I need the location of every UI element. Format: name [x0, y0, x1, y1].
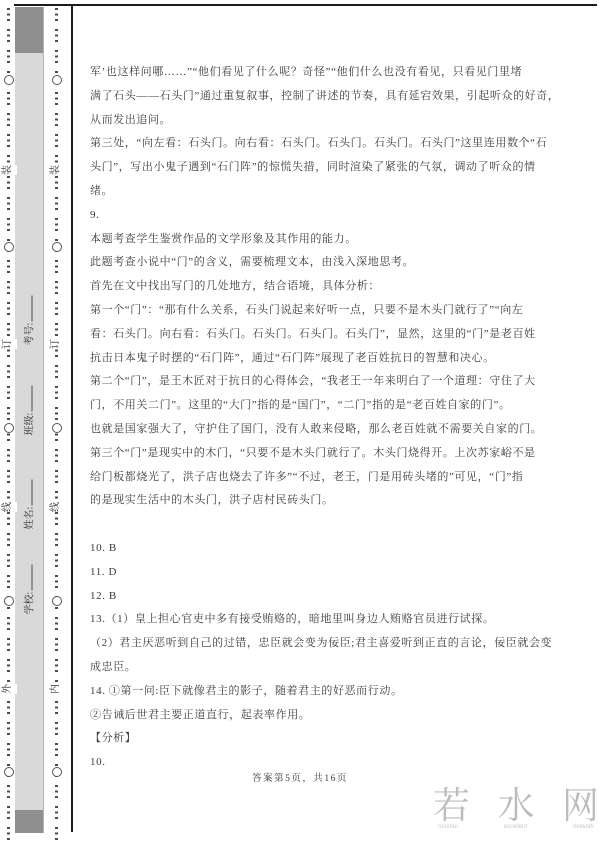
text-line: 满了石头——石头门”通过重复叙事，控制了讲述的节奏，具有延宕效果，引起听众的好奇…: [90, 85, 585, 109]
binding-circle: [4, 75, 14, 85]
watermark-text: 若水网: [433, 787, 599, 825]
text-line: （2）君主厌恶听到自己的过错，忠臣就会变为佞臣;君主喜爱听到正直的言论，佞臣就会…: [90, 632, 585, 656]
field-blank-underline: [23, 565, 33, 591]
binding-line-char-right: 线: [47, 502, 65, 512]
text-line: 抗击日本鬼子时摆的“石门阵”，通过“石门阵”展现了老百姓抗日的智慧和决心。: [90, 347, 585, 371]
binding-strip-bottom-block: [15, 810, 43, 833]
text-line: 10. B: [90, 537, 585, 561]
text-line: 门，不用关二门”。这里的“大门”指的是“国门”，“二门”指的是“老百姓自家的门”…: [90, 394, 585, 418]
text-line: 第三个“门”是现实中的木门，“只要不是木头门就行了。木头门烧得开。上次苏家峪不是: [90, 442, 585, 466]
text-line: 13.（1）皇上担心官吏中多有接受贿赂的，暗地里叫身边人贿赂官员进行试探。: [90, 608, 585, 632]
field-label: 考号:: [25, 323, 36, 346]
student-info-field: 姓名:: [23, 468, 36, 530]
student-info-field: 学校:: [23, 553, 36, 615]
binding-line-char-left: 装: [0, 165, 17, 175]
binding-line-char-left: 外: [0, 684, 17, 694]
page-indicator: 答案第5页，共16页: [0, 770, 600, 784]
field-label: 学校:: [25, 592, 36, 615]
page-left-border: [71, 4, 73, 832]
binding-circle: [4, 423, 14, 433]
text-line: 的是现实生活中的木头门，洪子店村民砖头门。: [90, 489, 585, 513]
binding-line-char-right: 装: [47, 165, 65, 175]
watermark-char: 若: [433, 787, 470, 825]
binding-line-char-left: 线: [0, 502, 17, 512]
text-line: 本题考查学生鉴赏作品的文学形象及其作用的能力。: [90, 228, 585, 252]
field-label: 姓名:: [25, 507, 36, 530]
binding-circle: [52, 596, 62, 606]
field-label: 班级:: [25, 413, 36, 436]
field-blank-underline: [23, 386, 33, 412]
text-line: 12. B: [90, 585, 585, 609]
text-line: 头门”，写出小鬼子遇到“石门阵”的惊慌失措，同时渲染了紧张的气氛，调动了听众的情: [90, 156, 585, 180]
watermark: 若水网 ruoshuiexcellentnetwork: [433, 787, 599, 831]
text-line: [90, 513, 585, 537]
binding-circle: [52, 75, 62, 85]
text-line: 绪。: [90, 180, 585, 204]
text-line: 看：石头门。向右看：石头门。石头门。石头门。石头门”，显然，这里的“门”是老百姓: [90, 323, 585, 347]
binding-circle: [52, 423, 62, 433]
text-line: 成忠臣。: [90, 656, 585, 680]
binding-line-char-right: 内: [47, 684, 65, 694]
text-line: 14. ①第一问:臣下就像君主的影子，随着君主的好恶而行动。: [90, 680, 585, 704]
scanned-answer-sheet-page: { "binding": { "left_line_chars": ["装", …: [0, 0, 600, 843]
text-line: 也就是国家强大了，守护住了国门，没有人敢来侵略，那么老百姓就不需要关自家的门。: [90, 418, 585, 442]
watermark-subtext-word: excellent: [503, 824, 527, 831]
text-line: 此题考查小说中“门”的含义，需要梳理文本，由浅入深地思考。: [90, 251, 585, 275]
text-line: 第二个“门”，是王木匠对于抗日的心得体会，“我老王一年来明白了一个道理：守住了大: [90, 370, 585, 394]
watermark-subtext-word: ruoshui: [438, 824, 458, 831]
watermark-char: 水: [498, 787, 535, 825]
text-line: 从而发出追问。: [90, 109, 585, 133]
text-line: 【分析】: [90, 727, 585, 751]
text-line: 给门板都烧光了，洪子店也烧去了许多”“不过，老王，门是用砖头堵的”可见，“门”指: [90, 466, 585, 490]
binding-line-char-right: 订: [47, 339, 65, 349]
field-blank-underline: [23, 480, 33, 506]
answer-text: 军’也这样问哪……”“他们看见了什么呢？奇怪”“他们什么也没有看见，只看见门里堵…: [90, 61, 585, 775]
binding-line-char-left: 订: [0, 339, 17, 349]
text-line: 首先在文中找出写门的几处地方，结合语境，具体分析：: [90, 275, 585, 299]
student-info-field: 班级:: [23, 374, 36, 436]
binding-circle: [4, 242, 14, 252]
binding-strip-top-block: [15, 7, 43, 53]
watermark-char: 网: [562, 787, 599, 825]
text-line: 第一个“门”：“那有什么关系，石头门说起来好听一点，只要不是木头门就行了”“向左: [90, 299, 585, 323]
watermark-subtext-word: network: [573, 824, 594, 831]
text-line: 第三处，“向左看：石头门。向右看：石头门。石头门。石头门。石头门”这里连用数个“…: [90, 132, 585, 156]
student-info-field: 考号:: [23, 284, 36, 346]
page-top-border: [14, 4, 597, 6]
field-blank-underline: [23, 296, 33, 322]
binding-circle: [52, 242, 62, 252]
text-line: 军’也这样问哪……”“他们看见了什么呢？奇怪”“他们什么也没有看见，只看见门里堵: [90, 61, 585, 85]
binding-circle: [4, 596, 14, 606]
text-line: 9.: [90, 204, 585, 228]
text-line: ②告诫后世君主要正道直行，起表率作用。: [90, 704, 585, 728]
text-line: 11. D: [90, 561, 585, 585]
